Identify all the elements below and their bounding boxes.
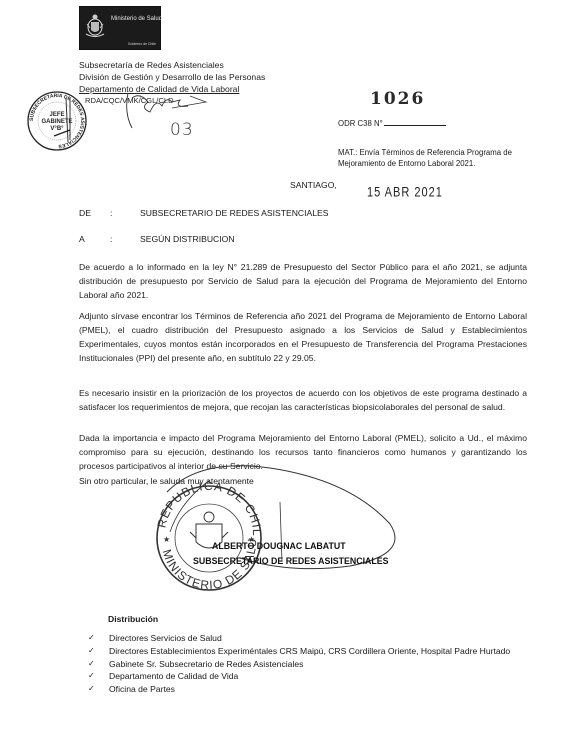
header-division: División de Gestión y Desarrollo de las … xyxy=(79,72,265,82)
distribution-list: ✓Directores Servicios de Salud ✓Director… xyxy=(88,632,518,696)
subject-matter: MAT.: Envía Términos de Referencia Progr… xyxy=(338,147,523,169)
svg-text:★: ★ xyxy=(163,535,170,544)
stamp-line-3: V°B° xyxy=(50,126,64,132)
to-colon: : xyxy=(110,234,112,244)
government-label: Gobierno de Chile xyxy=(128,42,156,46)
distribution-item: ✓Oficina de Partes xyxy=(88,683,518,696)
from-label: DE xyxy=(79,208,91,218)
ord-number-field: ODR C38 N° xyxy=(338,119,446,128)
signature-and-seal: REPUBLICA DE CHILE MINISTERIO DE SALUD ★… xyxy=(140,462,440,602)
city: SANTIAGO, xyxy=(290,180,337,190)
seal-top-text: REPUBLICA DE CHILE xyxy=(140,462,264,537)
date-stamp: 15 ABR 2021 xyxy=(367,185,443,200)
handwritten-number: 03 xyxy=(170,120,194,140)
from-colon: : xyxy=(110,208,112,218)
check-icon: ✓ xyxy=(88,658,95,671)
coat-of-arms-icon xyxy=(84,12,106,40)
signatory-title: SUBSECRETARIO DE REDES ASISTENCIALES xyxy=(193,556,389,566)
stamp-line-2: GABINETE xyxy=(41,119,72,125)
body-paragraph-1: De acuerdo a lo informado en la ley N° 2… xyxy=(79,260,527,302)
ord-blank-line xyxy=(384,125,446,126)
distribution-item: ✓Departamento de Calidad de Vida xyxy=(88,670,518,683)
signatory-name: ALBERTO DOUGNAC LABATUT xyxy=(212,541,346,551)
check-icon: ✓ xyxy=(88,670,95,683)
check-icon: ✓ xyxy=(88,683,95,696)
folio-number: 1026 xyxy=(370,89,425,109)
to-value: SEGÚN DISTRIBUCION xyxy=(140,234,235,244)
check-icon: ✓ xyxy=(88,645,95,658)
check-icon: ✓ xyxy=(88,632,95,645)
distribution-item: ✓Gabinete Sr. Subsecretario de Redes Asi… xyxy=(88,658,518,671)
to-label: A xyxy=(79,234,85,244)
body-paragraph-2: Adjunto sírvase encontrar los Términos d… xyxy=(79,309,527,365)
ministry-logo: Ministerio de Salud Gobierno de Chile xyxy=(79,6,161,50)
body-paragraph-3: Es necesario insistir en la priorización… xyxy=(79,386,527,414)
header-subsecretaria: Subsecretaría de Redes Asistenciales xyxy=(79,60,224,70)
distribution-item: ✓Directores Servicios de Salud xyxy=(88,632,518,645)
svg-text:REPUBLICA DE CHILE: REPUBLICA DE CHILE xyxy=(140,462,264,537)
ord-label: ODR C38 N° xyxy=(338,119,383,128)
distribution-title: Distribución xyxy=(108,614,158,624)
office-stamp: SUBSECRETARIA DE REDES ASISTENCIALES JEF… xyxy=(26,90,88,152)
distribution-item: ✓Directores Establecimientos Experiménta… xyxy=(88,645,518,658)
from-value: SUBSECRETARIO DE REDES ASISTENCIALES xyxy=(140,208,328,218)
ministry-name: Ministerio de Salud xyxy=(111,16,162,22)
stamp-line-1: JEFE xyxy=(49,112,64,118)
